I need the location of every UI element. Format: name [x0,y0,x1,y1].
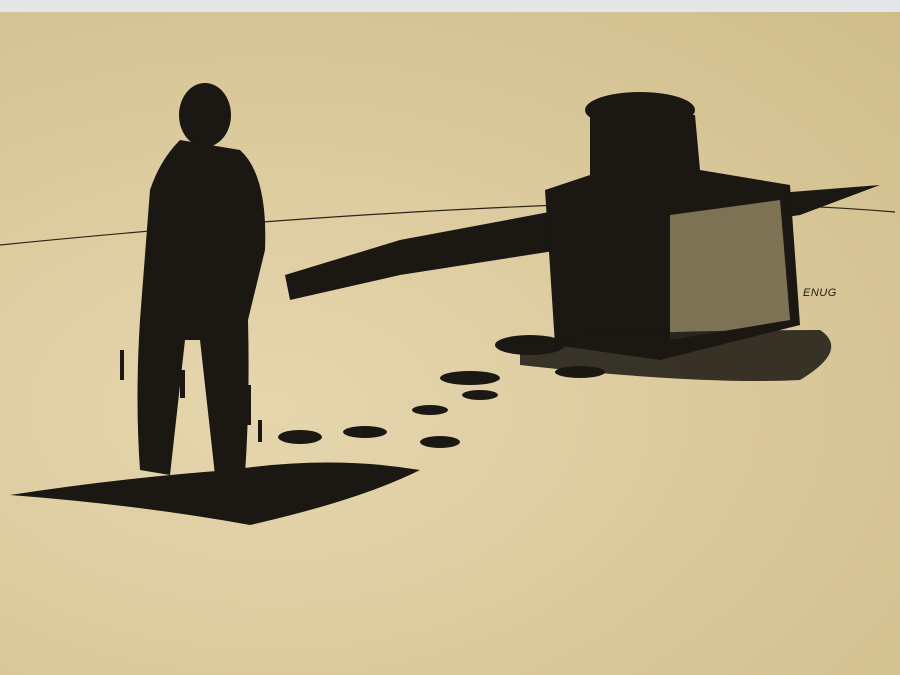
man-figure [120,83,265,475]
ink-drawing [0,0,900,675]
artist-signature: ENUG [803,287,837,299]
ink-bottle [545,92,800,360]
